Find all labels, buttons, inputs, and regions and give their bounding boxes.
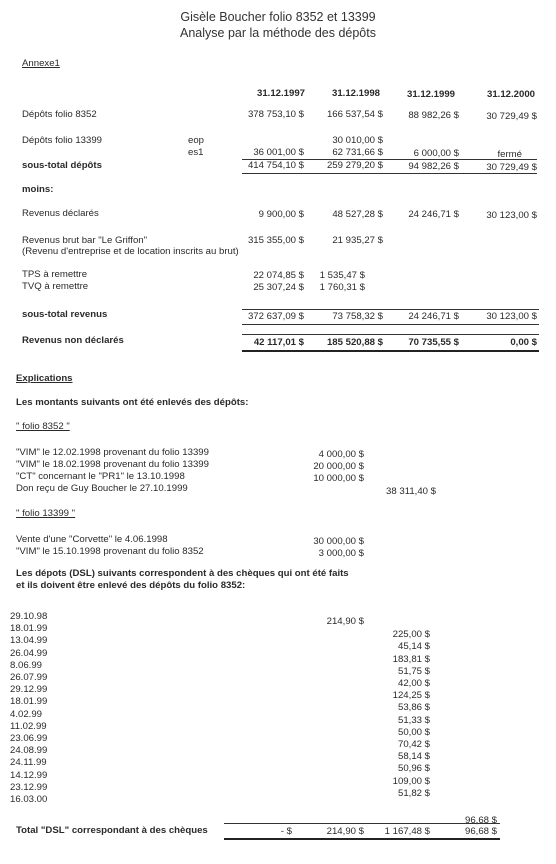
cell-revenus-non-declares-1999: 70 735,55 $ xyxy=(385,337,459,348)
folio-8352-item-1-amount: 4 000,00 $ xyxy=(300,449,364,460)
folio-13399-item-1-amount: 30 000,00 $ xyxy=(300,536,364,547)
folio-13399-item-1-text: Vente d'une "Corvette" le 4.06.1998 xyxy=(16,534,168,545)
cell-revenus-brut-bar-1998: 21 935,27 $ xyxy=(305,235,383,246)
cell-revenus-non-declares-1997: 42 117,01 $ xyxy=(230,337,304,348)
dsl-item-amount: 124,25 $ xyxy=(360,690,430,701)
rule-below-subtotal-revenus xyxy=(242,324,539,325)
rule-double-below-dsl-total xyxy=(224,838,500,840)
dsl-item-date: 4.02.99 xyxy=(10,709,42,720)
folio-8352-item-4-text: Don reçu de Guy Boucher le 27.10.1999 xyxy=(16,483,188,494)
cell-sous-total-revenus-2000: 30 123,00 $ xyxy=(462,311,537,322)
cell-revenus-non-declares-2000: 0,00 $ xyxy=(462,337,537,348)
dsl-total-1999: 1 167,48 $ xyxy=(370,826,430,837)
cell-revenus-declares-1999: 24 246,71 $ xyxy=(385,209,459,220)
dsl-item-date: 23.12.99 xyxy=(10,782,47,793)
cell-tvq-1998: 1 760,31 $ xyxy=(305,282,365,293)
dsl-item-amount: 51,33 $ xyxy=(360,715,430,726)
rule-above-subtotal-revenus xyxy=(242,309,539,310)
dsl-item-amount: 70,42 $ xyxy=(360,739,430,750)
cell-sous-total-depots-2000: 30 729,49 $ xyxy=(462,162,537,173)
cell-depots-13399-es1-1999: 6 000,00 $ xyxy=(385,148,459,159)
dsl-total-label: Total "DSL" correspondant à des chèques xyxy=(16,825,208,836)
row-label-tps: TPS à remettre xyxy=(22,269,87,280)
rule-above-revenus-non-declares xyxy=(242,334,539,335)
cell-depots-8352-1998: 166 537,54 $ xyxy=(305,109,383,120)
sub-label-eop: eop xyxy=(188,135,204,146)
dsl-item-date: 24.08.99 xyxy=(10,745,47,756)
cell-depots-8352-2000: 30 729,49 $ xyxy=(462,111,537,122)
dsl-item-amount: 42,00 $ xyxy=(360,678,430,689)
dsl-item-date: 29.12.99 xyxy=(10,684,47,695)
dsl-item-date: 16.03.00 xyxy=(10,794,47,805)
cell-revenus-declares-2000: 30 123,00 $ xyxy=(462,210,537,221)
row-label-depots-13399: Dépôts folio 13399 xyxy=(22,135,102,146)
explications-heading: Explications xyxy=(16,373,73,384)
explications-intro: Les montants suivants ont été enlevés de… xyxy=(16,397,248,408)
dsl-intro-line1: Les dépots (DSL) suivants correspondent … xyxy=(16,568,349,579)
dsl-item-date: 18.01.99 xyxy=(10,696,47,707)
dsl-item-amount: 50,96 $ xyxy=(360,763,430,774)
cell-revenus-declares-1997: 9 900,00 $ xyxy=(230,209,304,220)
column-header-1998: 31.12.1998 xyxy=(315,88,380,99)
dsl-item-date: 18.01.99 xyxy=(10,623,47,634)
dsl-item-amount: 225,00 $ xyxy=(360,629,430,640)
row-label-depots-8352: Dépôts folio 8352 xyxy=(22,109,97,120)
cell-sous-total-revenus-1997: 372 637,09 $ xyxy=(230,311,304,322)
folio-8352-label: " folio 8352 " xyxy=(16,421,70,432)
annexe-label: Annexe1 xyxy=(22,58,60,69)
dsl-item-amount: 58,14 $ xyxy=(360,751,430,762)
folio-8352-item-3-text: "CT" concernant le "PR1" le 13.10.1998 xyxy=(16,471,185,482)
dsl-total-2000: 96,68 $ xyxy=(445,826,497,837)
cell-depots-13399-eop-1998: 30 010,00 $ xyxy=(305,135,383,146)
cell-sous-total-depots-1998: 259 279,20 $ xyxy=(305,160,383,171)
dsl-item-date: 8.06.99 xyxy=(10,660,42,671)
rule-above-dsl-total xyxy=(224,823,500,824)
folio-8352-item-1-text: "VIM" le 12.02.1998 provenant du folio 1… xyxy=(16,447,209,458)
document-title-line1: Gisèle Boucher folio 8352 et 13399 xyxy=(0,10,556,24)
row-label-moins: moins: xyxy=(22,184,53,195)
dsl-item-date: 26.04.99 xyxy=(10,648,47,659)
dsl-item-amount: 96,68 $ xyxy=(427,815,497,826)
dsl-total-1997: - $ xyxy=(252,826,292,837)
row-label-revenus-non-declares: Revenus non déclarés xyxy=(22,335,124,346)
folio-8352-item-2-amount: 20 000,00 $ xyxy=(300,461,364,472)
folio-8352-item-4-amount: 38 311,40 $ xyxy=(380,486,436,497)
dsl-item-amount: 109,00 $ xyxy=(360,776,430,787)
column-header-1999: 31.12.1999 xyxy=(390,89,455,100)
dsl-item-date: 26.07.99 xyxy=(10,672,47,683)
cell-revenus-declares-1998: 48 527,28 $ xyxy=(305,209,383,220)
dsl-item-date: 13.04.99 xyxy=(10,635,47,646)
folio-13399-item-2-text: "VIM" le 15.10.1998 provenant du folio 8… xyxy=(16,546,204,557)
cell-revenus-non-declares-1998: 185 520,88 $ xyxy=(305,337,383,348)
cell-revenus-brut-bar-1997: 315 355,00 $ xyxy=(230,235,304,246)
cell-depots-13399-es1-1998: 62 731,66 $ xyxy=(305,147,383,158)
dsl-item-amount: 53,86 $ xyxy=(360,702,430,713)
cell-sous-total-depots-1999: 94 982,26 $ xyxy=(385,161,459,172)
cell-sous-total-depots-1997: 414 754,10 $ xyxy=(230,160,304,171)
document-title-line2: Analyse par la méthode des dépôts xyxy=(0,26,556,40)
dsl-intro-line2: et ils doivent être enlevé des dépôts du… xyxy=(16,580,245,591)
rule-double-below-revenus-non-declares xyxy=(242,350,539,352)
row-label-revenus-declares: Revenus déclarés xyxy=(22,208,99,219)
folio-8352-item-3-amount: 10 000,00 $ xyxy=(300,473,364,484)
row-label-tvq: TVQ à remettre xyxy=(22,281,88,292)
column-header-2000: 31.12.2000 xyxy=(465,89,535,100)
dsl-item-date: 11.02.99 xyxy=(10,721,47,732)
dsl-item-date: 24.11.99 xyxy=(10,757,47,768)
dsl-item-amount: 45,14 $ xyxy=(360,641,430,652)
row-label-revenus-brut-bar: Revenus brut bar "Le Griffon" xyxy=(22,235,147,246)
dsl-total-1998: 214,90 $ xyxy=(300,826,364,837)
dsl-item-date: 14.12.99 xyxy=(10,770,47,781)
dsl-item-amount: 50,00 $ xyxy=(360,727,430,738)
dsl-item-date: 29.10.98 xyxy=(10,611,47,622)
dsl-item-amount: 183,81 $ xyxy=(360,654,430,665)
rule-below-subtotal-depots xyxy=(242,173,537,174)
cell-depots-8352-1997: 378 753,10 $ xyxy=(230,109,304,120)
cell-sous-total-revenus-1999: 24 246,71 $ xyxy=(385,311,459,322)
cell-sous-total-revenus-1998: 73 758,32 $ xyxy=(305,311,383,322)
column-header-1997: 31.12.1997 xyxy=(240,88,305,99)
cell-tps-1997: 22 074,85 $ xyxy=(230,270,304,281)
row-note-revenus-brut-bar: (Revenu d'entreprise et de location insc… xyxy=(22,246,239,257)
folio-13399-item-2-amount: 3 000,00 $ xyxy=(300,548,364,559)
row-label-sous-total-depots: sous-total dépôts xyxy=(22,160,102,171)
dsl-item-amount: 51,82 $ xyxy=(360,788,430,799)
cell-depots-13399-es1-1997: 36 001,00 $ xyxy=(230,147,304,158)
dsl-item-amount: 51,75 $ xyxy=(360,666,430,677)
cell-tvq-1997: 25 307,24 $ xyxy=(230,282,304,293)
row-label-sous-total-revenus: sous-total revenus xyxy=(22,309,107,320)
dsl-item-amount: 214,90 $ xyxy=(294,616,364,627)
cell-tps-1998: 1 535,47 $ xyxy=(305,270,365,281)
dsl-item-date: 23.06.99 xyxy=(10,733,47,744)
folio-8352-item-2-text: "VIM" le 18.02.1998 provenant du folio 1… xyxy=(16,459,209,470)
cell-depots-8352-1999: 88 982,26 $ xyxy=(385,110,459,121)
sub-label-es1: es1 xyxy=(188,147,203,158)
folio-13399-label: " folio 13399 " xyxy=(16,508,75,519)
